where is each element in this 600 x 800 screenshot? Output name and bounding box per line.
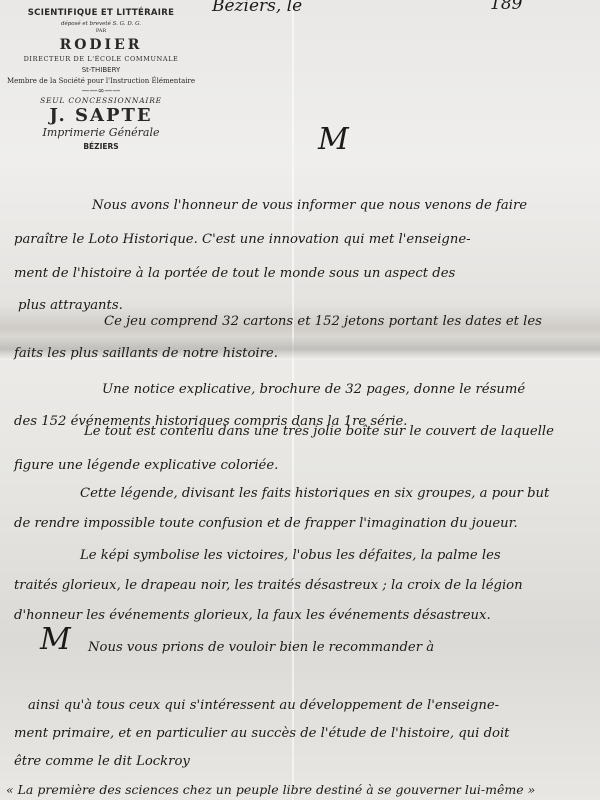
- letterhead-author: RODIER: [0, 37, 206, 53]
- body-line: paraître le Loto Historique. C'est une i…: [14, 232, 471, 247]
- letterhead-author-title: DIRECTEUR DE L'ÉCOLE COMMUNALE: [0, 56, 206, 63]
- addressee-initial: M: [40, 622, 71, 657]
- letterhead-city: BÉZIERS: [0, 143, 206, 152]
- body-line: Cette légende, divisant les faits histor…: [80, 486, 549, 501]
- body-line: traités glorieux, le drapeau noir, les t…: [14, 578, 523, 593]
- body-line: figure une légende explicative coloriée.: [14, 458, 278, 473]
- letterhead-printer: J. SAPTE: [0, 106, 206, 127]
- body-line: Nous vous prions de vouloir bien le reco…: [88, 640, 434, 655]
- body-line: faits les plus saillants de notre histoi…: [14, 346, 278, 361]
- body-line: plus attrayants.: [18, 298, 123, 313]
- salutation: M: [318, 122, 349, 157]
- letterhead-society: Membre de la Société pour l'Instruction …: [0, 77, 206, 85]
- date-year: 189: [490, 0, 522, 14]
- ornament-divider: ——∞——: [0, 86, 206, 95]
- body-line: Le képi symbolise les victoires, l'obus …: [80, 548, 501, 563]
- body-line: ment de l'histoire à la portée de tout l…: [14, 266, 455, 281]
- body-line: Nous avons l'honneur de vous informer qu…: [92, 198, 527, 213]
- body-line: Ce jeu comprend 32 cartons et 152 jetons…: [104, 314, 542, 329]
- dateline: Béziers, le: [212, 0, 302, 16]
- body-line: être comme le dit Lockroy: [14, 754, 190, 769]
- lockroy-quote: « La première des sciences chez un peupl…: [6, 782, 535, 797]
- body-line: Une notice explicative, brochure de 32 p…: [102, 382, 525, 397]
- letterhead-printer-type: Imprimerie Générale: [0, 127, 206, 140]
- letterhead-by: PAR: [0, 29, 206, 35]
- letterhead-town: St-THIBERY: [0, 66, 206, 74]
- body-line: Le tout est contenu dans une très jolie …: [84, 424, 554, 439]
- letterhead-patent: déposé et breveté S. G. D. G.: [0, 21, 206, 27]
- letterhead-concession: SEUL CONCESSIONNAIRE: [0, 97, 206, 106]
- paper-fold-vertical: [292, 0, 294, 800]
- body-line: ment primaire, et en particulier au succ…: [14, 726, 509, 741]
- letterhead: SCIENTIFIQUE ET LITTÉRAIRE déposé et bre…: [0, 0, 206, 151]
- body-line: ainsi qu'à tous ceux qui s'intéressent a…: [28, 698, 499, 713]
- letterhead-subtitle: SCIENTIFIQUE ET LITTÉRAIRE: [0, 9, 206, 19]
- body-line: de rendre impossible toute confusion et …: [14, 516, 518, 531]
- body-line: d'honneur les événements glorieux, la fa…: [14, 608, 491, 623]
